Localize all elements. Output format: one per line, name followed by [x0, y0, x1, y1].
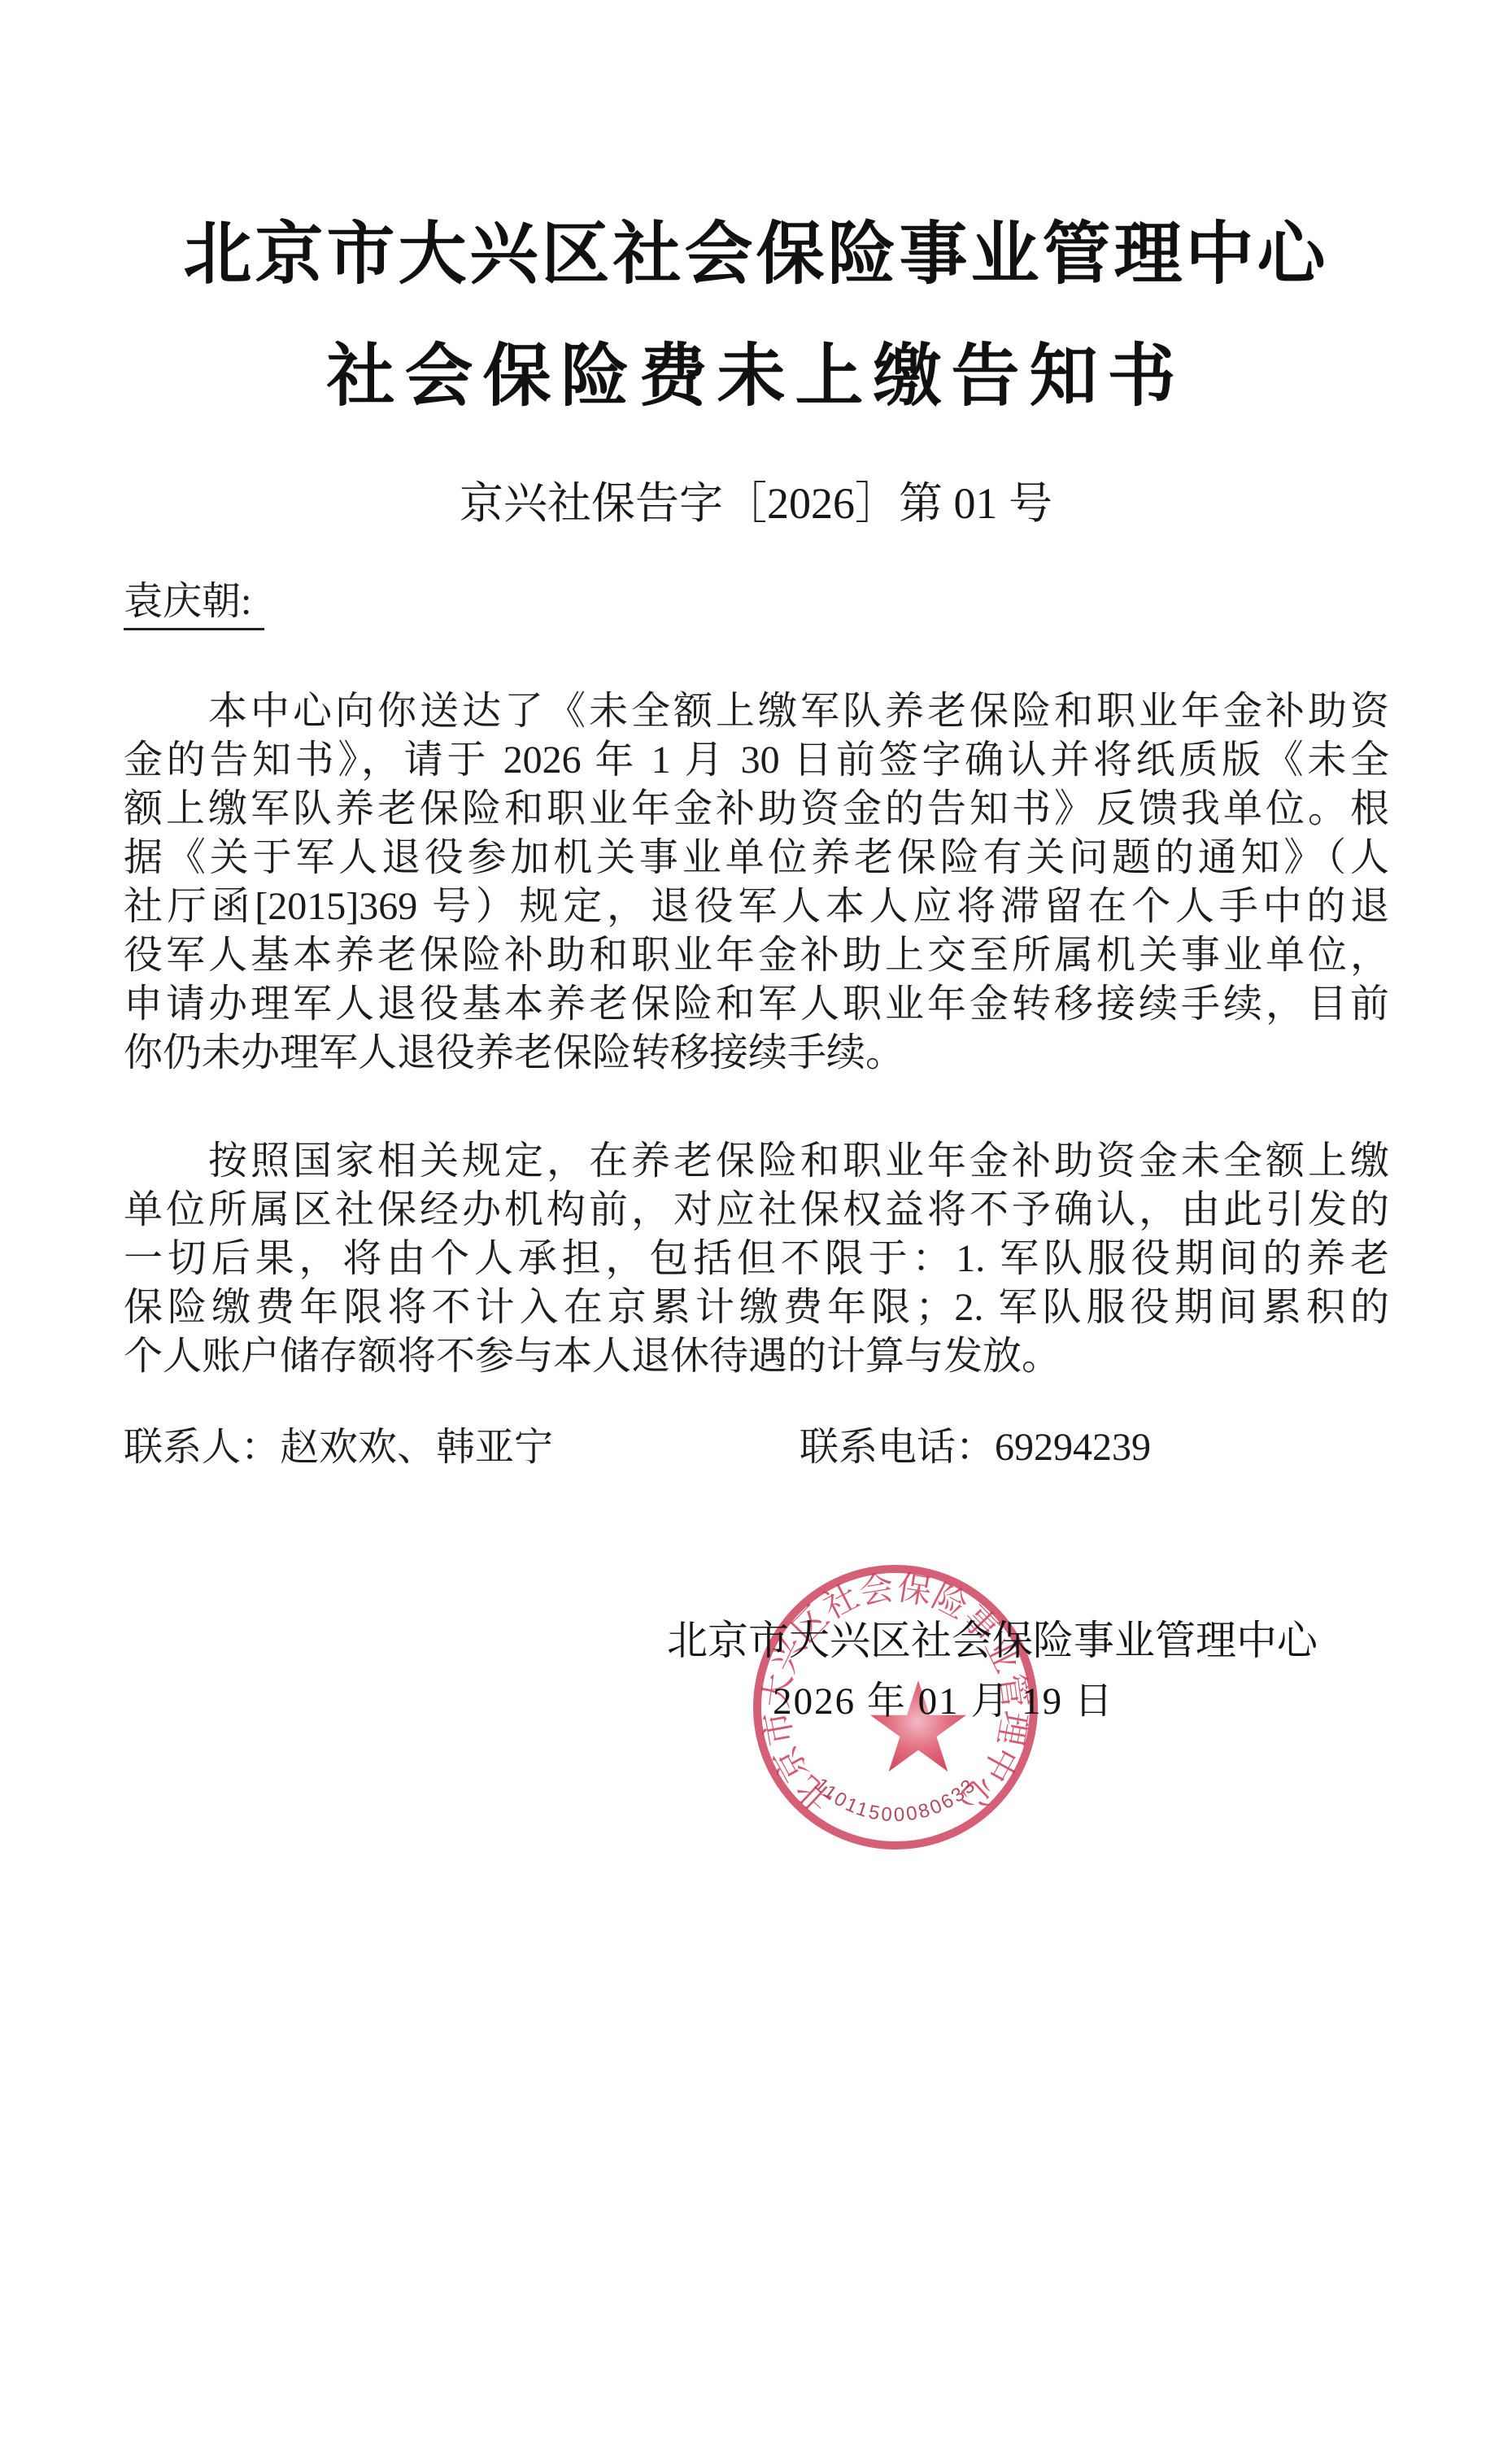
- paragraph-1-line: 你仍未办理军人退役养老保险转移接续手续。: [124, 1029, 1389, 1078]
- contact-line: 联系人：赵欢欢、韩亚宁 联系电话：69294239: [124, 1423, 1389, 1472]
- paragraph-2-line: 单位所属区社保经办机构前，对应社保权益将不予确认，由此引发的: [124, 1186, 1389, 1235]
- contact-phone: 联系电话：69294239: [800, 1423, 1151, 1472]
- contact-phone-value: 69294239: [995, 1426, 1151, 1469]
- paragraph-1-line: 据《关于军人退役参加机关事业单位养老保险有关问题的通知》（人: [124, 834, 1389, 882]
- contact-person-value: 赵欢欢、韩亚宁: [280, 1426, 553, 1469]
- addressee-name: 袁庆朝:: [124, 577, 264, 630]
- paragraph-1-line: 社厅函[2015]369 号）规定，退役军人本人应将滞留在个人手中的退: [124, 882, 1389, 931]
- paragraph-1-line: 额上缴军队养老保险和职业年金补助资金的告知书》反馈我单位。根: [124, 785, 1389, 834]
- paragraph-1: 本中心向你送达了《未全额上缴军队养老保险和职业年金补助资 金的告知书》，请于 2…: [124, 687, 1389, 1078]
- paragraph-1-line: 申请办理军人退役基本养老保险和军人职业年金转移接续手续，目前: [124, 980, 1389, 1029]
- reference-number: 京兴社保告字［2026］第 01 号: [0, 477, 1512, 530]
- addressee: 袁庆朝:: [124, 577, 264, 630]
- seal-serial-number: 11011500080633: [810, 1774, 981, 1826]
- paragraph-1-line: 本中心向你送达了《未全额上缴军队养老保险和职业年金补助资: [124, 687, 1389, 736]
- paragraph-2-line: 个人账户储存额将不参与本人退休待遇的计算与发放。: [124, 1332, 1389, 1381]
- scanned-notice-document: 北京市大兴区社会保险事业管理中心 社会保险费未上缴告知书 京兴社保告字［2026…: [0, 0, 1512, 2440]
- signature-org: 北京市大兴区社会保险事业管理中心: [663, 1615, 1322, 1666]
- paragraph-1-line: 役军人基本养老保险补助和职业年金补助上交至所属机关事业单位，: [124, 931, 1389, 980]
- org-title: 北京市大兴区社会保险事业管理中心: [0, 213, 1512, 294]
- contact-person-label: 联系人：: [124, 1426, 280, 1469]
- signature-date: 2026 年 01 月 19 日: [659, 1677, 1228, 1726]
- paragraph-2: 按照国家相关规定，在养老保险和职业年金补助资金未全额上缴 单位所属区社保经办机构…: [124, 1137, 1389, 1381]
- contact-phone-label: 联系电话：: [800, 1426, 995, 1469]
- doc-title: 社会保险费未上缴告知书: [0, 335, 1512, 416]
- paragraph-2-line: 按照国家相关规定，在养老保险和职业年金补助资金未全额上缴: [124, 1137, 1389, 1186]
- contact-person: 联系人：赵欢欢、韩亚宁: [124, 1426, 553, 1469]
- paragraph-1-line: 金的告知书》，请于 2026 年 1 月 30 日前签字确认并将纸质版《未全: [124, 736, 1389, 785]
- paragraph-2-line: 保险缴费年限将不计入在京累计缴费年限；2. 军队服役期间累积的: [124, 1283, 1389, 1332]
- paragraph-2-line: 一切后果，将由个人承担，包括但不限于：1. 军队服役期间的养老: [124, 1235, 1389, 1283]
